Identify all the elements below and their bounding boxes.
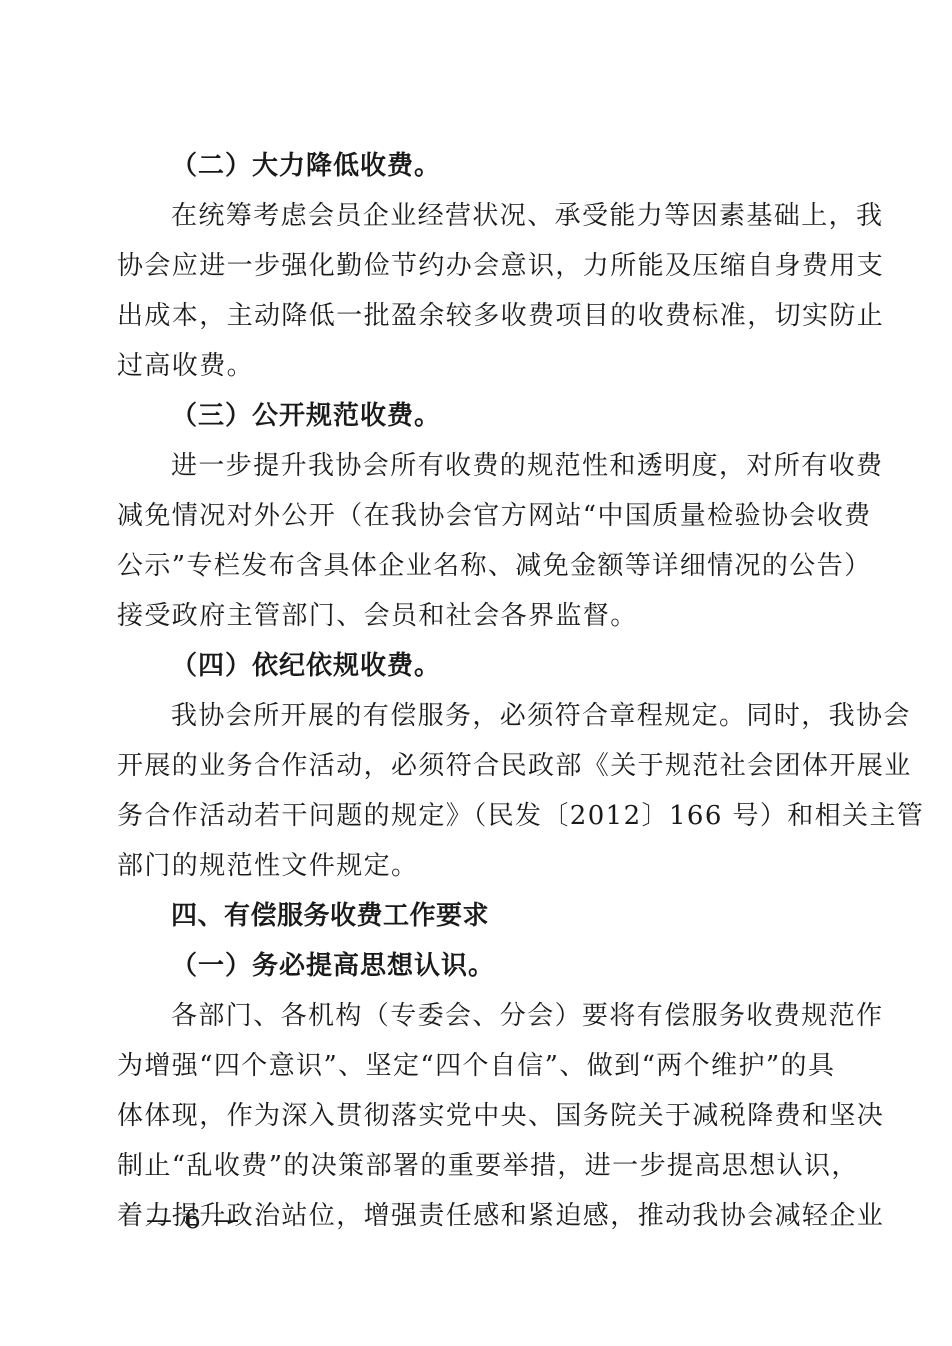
paragraph-reduce-fees: 在统筹考虑会员企业经营状况、承受能力等因素基础上，我 协会应进一步强化勤俭节约办… [117,191,833,391]
paragraph-line: 各部门、各机构（专委会、分会）要将有偿服务收费规范作 [117,991,833,1041]
document-page: （二）大力降低收费。 在统筹考虑会员企业经营状况、承受能力等因素基础上，我 协会… [117,141,833,1241]
paragraph-compliant-fees: 我协会所开展的有偿服务，必须符合章程规定。同时，我协会 开展的业务合作活动，必须… [117,691,833,891]
paragraph-line: 接受政府主管部门、会员和社会各界监督。 [117,591,833,641]
subheading-raise-awareness: （一）务必提高思想认识。 [117,941,833,991]
paragraph-line: 减免情况对外公开（在我协会官方网站“中国质量检验协会收费 [117,491,833,541]
paragraph-line: 进一步提升我协会所有收费的规范性和透明度，对所有收费 [117,441,833,491]
paragraph-open-standard-fees: 进一步提升我协会所有收费的规范性和透明度，对所有收费 减免情况对外公开（在我协会… [117,441,833,641]
paragraph-line: 在统筹考虑会员企业经营状况、承受能力等因素基础上，我 [117,191,833,241]
subheading-open-standard-fees: （三）公开规范收费。 [117,391,833,441]
paragraph-line: 部门的规范性文件规定。 [117,841,833,891]
paragraph-line: 为增强“四个意识”、坚定“四个自信”、做到“两个维护”的具 [117,1041,833,1091]
paragraph-line: 出成本，主动降低一批盈余较多收费项目的收费标准，切实防止 [117,291,833,341]
paragraph-line: 制止“乱收费”的决策部署的重要举措，进一步提高思想认识， [117,1141,833,1191]
section-heading-requirements: 四、有偿服务收费工作要求 [117,891,833,941]
page-number: — 6 — [146,1200,241,1240]
paragraph-line: 我协会所开展的有偿服务，必须符合章程规定。同时，我协会 [117,691,833,741]
paragraph-line: 务合作活动若干问题的规定》（民发〔2012〕166 号）和相关主管 [117,791,833,841]
paragraph-line: 体体现，作为深入贯彻落实党中央、国务院关于减税降费和坚决 [117,1091,833,1141]
subheading-compliant-fees: （四）依纪依规收费。 [117,641,833,691]
paragraph-line: 公示”专栏发布含具体企业名称、减免金额等详细情况的公告） [117,541,833,591]
paragraph-line: 协会应进一步强化勤俭节约办会意识，力所能及压缩自身费用支 [117,241,833,291]
paragraph-line: 开展的业务合作活动，必须符合民政部《关于规范社会团体开展业 [117,741,833,791]
paragraph-line: 过高收费。 [117,341,833,391]
subheading-reduce-fees: （二）大力降低收费。 [117,141,833,191]
